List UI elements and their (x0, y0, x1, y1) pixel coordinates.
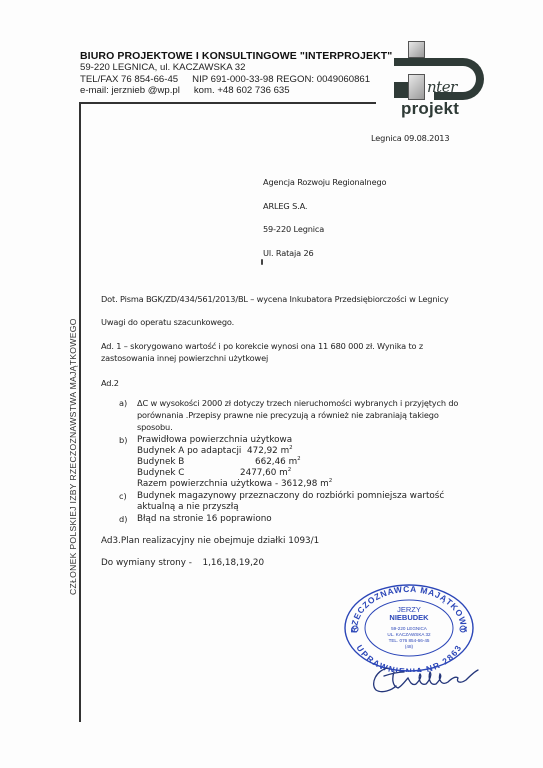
area-total-row: Razem powierzchnia użytkowa - 3612,98 m2 (137, 479, 332, 489)
area-value-a: 472,92 m2 (247, 446, 293, 456)
logo-projekt-text: projekt (401, 99, 459, 119)
email: e-mail: jerznieb @wp.pl (80, 85, 180, 96)
stamp-name-2: NIEBUDEK (389, 613, 429, 622)
area-name: Budynek C (137, 468, 184, 478)
nip-regon: NIP 691-000-33-98 REGON: 0049060861 (192, 74, 370, 85)
membership-side-text: CZŁONEK POLSKIEJ IZBY RZECZOZNAWSTWA MAJ… (68, 318, 78, 595)
area-total-value: 3612,98 m (281, 479, 329, 489)
area-row-c: Budynek C (137, 468, 184, 478)
area-value-b: 662,46 m2 (255, 457, 301, 467)
logo-square-bottom (408, 74, 425, 100)
margin-rule (79, 102, 81, 722)
recipient-line-4: Ul. Rataja 26 (263, 248, 314, 258)
recipient-line-1: Agencja Rozwoju Regionalnego (263, 177, 386, 187)
scan-speck (261, 259, 263, 265)
header-rule (79, 102, 376, 104)
item-a-label: a) (119, 398, 127, 408)
appraiser-stamp: RZECZOZNAWCA MAJĄTKOWY UPRAWNIENIA NR 28… (343, 582, 475, 672)
intro-line: Uwagi do operatu szacunkowego. (101, 317, 234, 327)
telfax: TEL/FAX 76 854-66-45 (80, 74, 178, 85)
logo-square-top (408, 41, 425, 58)
ad1-line-1: Ad. 1 – skorygowano wartość i po korekci… (101, 341, 423, 351)
item-d-line-1: Błąd na stronie 16 poprawiono (137, 514, 272, 524)
company-address: 59-220 LEGNICA, ul. KACZAWSKA 32 (80, 62, 380, 74)
item-c-line-1: Budynek magazynowy przeznaczony do rozbi… (137, 491, 444, 501)
item-a-line-1: ΔC w wysokości 2000 zł dotyczy trzech ni… (137, 398, 458, 408)
area-value-c: 2477,60 m2 (240, 468, 291, 478)
item-c-line-2: aktualną a nie przyszłą (137, 502, 239, 512)
ad3-line: Ad3.Plan realizacyjny nie obejmuje dział… (101, 536, 319, 546)
stamp-addr-2: UL. KACZAWSKA 32 (387, 632, 431, 637)
area-row-b: Budynek B (137, 457, 184, 467)
logo-bar-lower (394, 82, 408, 98)
logo-inter-text: nter (427, 78, 457, 96)
stamp-addr-4: (48) (405, 644, 414, 649)
area-row-a: Budynek A po adaptacji (137, 446, 241, 456)
recipient-line-2: ARLEG S.A. (263, 201, 307, 211)
document-page: BIURO PROJEKTOWE I KONSULTINGOWE "INTERP… (0, 0, 543, 768)
item-d-label: d) (119, 514, 127, 524)
item-b-heading: Prawidłowa powierzchnia użytkowa (137, 435, 292, 445)
signature (370, 662, 480, 696)
ad2-heading: Ad.2 (101, 378, 119, 388)
area-name: Budynek B (137, 457, 184, 467)
company-contact: e-mail: jerznieb @wp.plkom. +48 602 736 … (80, 85, 380, 97)
area-total-name: Razem powierzchnia użytkowa - (137, 479, 278, 489)
ad1-line-2: zastosowania innej powierzchni użytkowej (101, 353, 268, 363)
mobile: kom. +48 602 736 635 (194, 85, 290, 96)
pages-to-replace: Do wymiany strony - 1,16,18,19,20 (101, 558, 264, 568)
stamp-addr-1: 59-220 LEGNICA (391, 626, 428, 631)
area-name: Budynek A po adaptacji (137, 446, 241, 456)
stamp-addr-3: TEL. 076 854-66-45 (389, 638, 430, 643)
letterhead: BIURO PROJEKTOWE I KONSULTINGOWE "INTERP… (80, 50, 380, 97)
item-c-label: c) (119, 491, 127, 501)
item-b-label: b) (119, 435, 127, 445)
subject-line: Dot. Pisma BGK/ZD/434/561/2013/BL – wyce… (101, 294, 449, 304)
company-phone-tax: TEL/FAX 76 854-66-45NIP 691-000-33-98 RE… (80, 74, 380, 86)
pages-value: 1,16,18,19,20 (203, 558, 265, 568)
interprojekt-logo: nter projekt (394, 40, 484, 120)
recipient-line-3: 59-220 Legnica (263, 224, 324, 234)
company-name: BIURO PROJEKTOWE I KONSULTINGOWE "INTERP… (80, 50, 380, 62)
pages-label: Do wymiany strony - (101, 558, 192, 568)
item-a-line-3: sposobu. (137, 422, 173, 432)
item-a-line-2: porównania .Przepisy prawne nie precyzuj… (137, 410, 439, 420)
letter-date: Legnica 09.08.2013 (371, 133, 449, 143)
